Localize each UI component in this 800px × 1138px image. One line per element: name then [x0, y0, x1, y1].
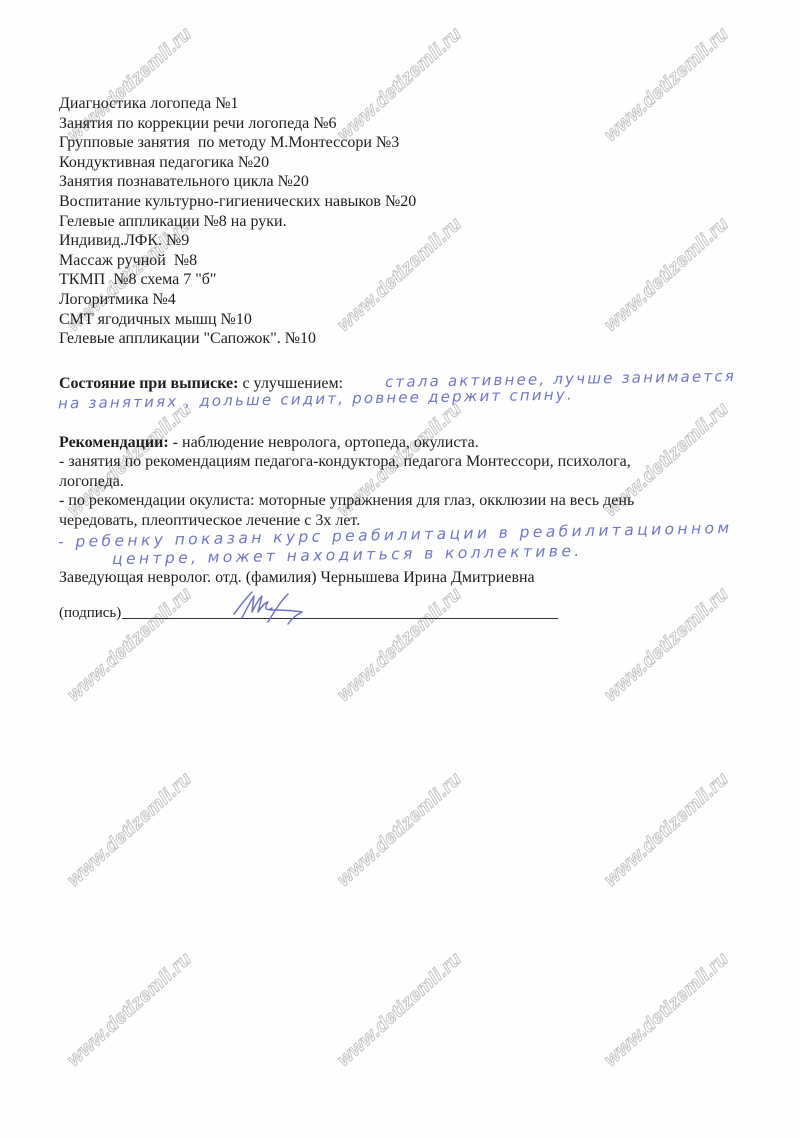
watermark-text: www.detizemli.ru — [63, 949, 196, 1072]
signature-line — [122, 617, 558, 619]
procedure-item: Занятия по коррекции речи логопеда №6 — [59, 114, 759, 134]
procedure-item: Индивид.ЛФК. №9 — [59, 231, 759, 251]
procedure-item: Логоритмика №4 — [59, 290, 759, 310]
watermark-text: www.detizemli.ru — [600, 769, 733, 892]
watermark-text: www.detizemli.ru — [63, 769, 196, 892]
signature-label: (подпись) — [59, 605, 121, 622]
recommendations-line-1: Рекомендации: - наблюдение невролога, ор… — [59, 433, 759, 452]
recommendations-section: Рекомендации: - наблюдение невролога, ор… — [59, 433, 759, 530]
procedures-list: Диагностика логопеда №1 Занятия по корре… — [59, 94, 759, 349]
watermark-text: www.detizemli.ru — [333, 949, 466, 1072]
scanned-document-page: www.detizemli.ruwww.detizemli.ruwww.deti… — [0, 0, 800, 1138]
watermark-text: www.detizemli.ru — [600, 949, 733, 1072]
procedure-item: Групповые занятия по методу М.Монтессори… — [59, 133, 759, 153]
watermark-text: www.detizemli.ru — [333, 769, 466, 892]
recommendation-text: - наблюдение невролога, ортопеда, окулис… — [169, 434, 479, 451]
procedure-item: СМТ ягодичных мышц №10 — [59, 310, 759, 330]
discharge-state-label: Состояние при выписке: — [59, 375, 238, 392]
procedure-item: Диагностика логопеда №1 — [59, 94, 759, 114]
procedure-item: Воспитание культурно-гигиенических навык… — [59, 192, 759, 212]
recommendations-line-3: логопеда. — [59, 472, 759, 491]
head-of-department: Заведующая невролог. отд. (фамилия) Черн… — [59, 569, 535, 587]
watermark-text: www.detizemli.ru — [63, 584, 196, 707]
procedure-item: Гелевые аппликации "Сапожок". №10 — [59, 329, 759, 349]
procedure-item: Занятия познавательного цикла №20 — [59, 172, 759, 192]
watermark-text: www.detizemli.ru — [600, 584, 733, 707]
procedure-item: Гелевые аппликации №8 на руки. — [59, 212, 759, 232]
recommendations-line-2: - занятия по рекомендациям педагога-конд… — [59, 452, 759, 471]
procedures-section: Диагностика логопеда №1 Занятия по корре… — [59, 94, 759, 349]
procedure-item: Массаж ручной №8 — [59, 251, 759, 271]
procedure-item: ТКМП №8 схема 7 "б" — [59, 270, 759, 290]
watermark-text: www.detizemli.ru — [333, 584, 466, 707]
recommendations-label: Рекомендации: — [59, 434, 169, 451]
handwritten-signature-icon — [228, 588, 318, 628]
procedure-item: Кондуктивная педагогика №20 — [59, 153, 759, 173]
recommendations-line-4: - по рекомендации окулиста: моторные упр… — [59, 491, 759, 510]
